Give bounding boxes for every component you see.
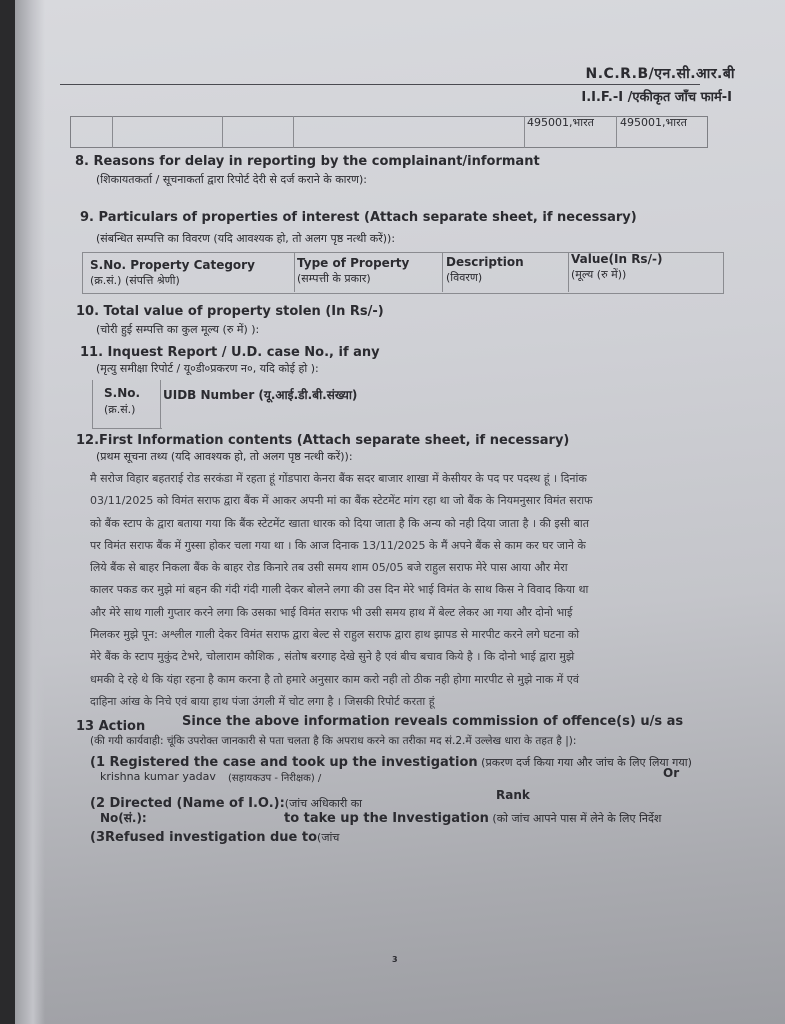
cell-divider: [293, 116, 294, 148]
action-option-1: (1 Registered the case and took up the i…: [90, 751, 692, 770]
officer-rank: (सहायकउप - निरीक्षक) /: [228, 770, 321, 784]
io-number-label: No(सं.):: [100, 809, 147, 826]
uidb-col-divider: [160, 380, 161, 428]
first-information-text: मै सरोज विहार बहतराई रोड सरकंडा में रहता…: [90, 468, 730, 713]
fir-line: 03/11/2025 को विमंत सराफ द्वारा बैंक में…: [90, 490, 730, 512]
section-13-title: Since the above information reveals comm…: [182, 714, 683, 729]
th-value-hi: (मूल्य (रु में)): [571, 267, 626, 282]
th-property-category: S.No. Property Category: [90, 258, 255, 272]
option-3-en: (3Refused investigation due to: [90, 830, 317, 845]
org-title: N.C.R.B/एन.सी.आर.बी: [586, 64, 735, 83]
fir-line: मिलकर मुझे पून: अश्लील गाली देकर विमंत स…: [90, 624, 730, 646]
page-number: 3: [392, 955, 398, 964]
option-2-tail-en: to take up the Investigation: [284, 811, 489, 826]
th-description: Description: [446, 255, 524, 269]
fir-line: को बैंक स्टाप के द्वारा बताया गया कि बैं…: [90, 513, 730, 535]
address-cell-2: 495001,भारत: [620, 115, 687, 130]
option-2-tail-hi: (को जांच आपने पास में लेने के लिए निर्दे…: [489, 812, 661, 825]
page-fold-shadow: [15, 0, 45, 1024]
section-10-subtitle: (चोरी हुई सम्पत्ति का कुल मूल्य (रु में)…: [96, 322, 259, 337]
fir-line: दाहिना आंख के निचे एवं बाया हाथ पंजा उंग…: [90, 691, 730, 713]
section-8-subtitle: (शिकायतकर्ता / सूचनाकर्ता द्वारा रिपोर्ट…: [96, 172, 367, 187]
or-label: Or: [663, 766, 679, 780]
col-divider: [294, 252, 295, 292]
fir-line: और मेरे साथ गाली गुप्तार करने लगा कि उसक…: [90, 602, 730, 624]
uidb-table-left: [92, 380, 93, 428]
fir-line: मै सरोज विहार बहतराई रोड सरकंडा में रहता…: [90, 468, 730, 490]
section-11-subtitle: (मृत्यु समीक्षा रिपोर्ट / यू०डी०प्रकरण न…: [96, 361, 319, 376]
section-9-subtitle: (संबन्धित सम्पत्ति का विवरण (यदि आवश्यक …: [96, 231, 395, 246]
th-property-category-hi: (क्र.सं.) (संपत्ति श्रेणी): [90, 273, 180, 288]
fir-line: मेरे बैंक के स्टाप मुकुंद टेभरे, चोलाराम…: [90, 646, 730, 668]
uidb-table-bottom: [92, 428, 162, 429]
th-uidb-number: UIDB Number (यू.आई.डी.बी.संख्या): [163, 386, 357, 403]
cell-divider: [112, 116, 113, 148]
section-12-subtitle: (प्रथम सूचना तथ्य (यदि आवश्यक हो, तो अलग…: [96, 449, 353, 464]
th-type-of-property-hi: (सम्पत्ती के प्रकार): [297, 271, 371, 286]
address-cell-1: 495001,भारत: [527, 115, 594, 130]
th-type-of-property: Type of Property: [297, 256, 409, 270]
option-3-hi: (जांच: [317, 831, 339, 844]
rank-label: Rank: [496, 788, 530, 802]
fir-line: लिये बैंक से बाहर निकला बैंक के बाहर रोड…: [90, 557, 730, 579]
col-divider: [568, 252, 569, 292]
section-13-subtitle: (की गयी कार्यवाही: चूंकि उपरोक्त जानकारी…: [90, 734, 576, 748]
section-10-title: 10. Total value of property stolen (In R…: [76, 304, 384, 319]
cell-divider: [524, 116, 525, 148]
th-sno: S.No.: [104, 386, 140, 400]
header-rule: [60, 84, 700, 85]
option-1-hi: (प्रकरण दर्ज किया गया और जांच के लिए लिय…: [478, 756, 692, 769]
col-divider: [442, 252, 443, 292]
address-table: [70, 116, 708, 148]
th-description-hi: (विवरण): [446, 270, 482, 285]
fir-line: कालर पकड कर मुझे मां बहन की गंदी गंदी गा…: [90, 579, 730, 601]
section-8-title: 8. Reasons for delay in reporting by the…: [75, 154, 540, 169]
th-sno-hi: (क्र.सं.): [104, 402, 135, 417]
fir-line: पर विमंत सराफ बैंक में गुस्सा होकर चला ग…: [90, 535, 730, 557]
section-11-title: 11. Inquest Report / U.D. case No., if a…: [80, 345, 380, 360]
form-title: I.I.F.-I /एकीकृत जाँच फार्म-I: [581, 87, 732, 105]
cell-divider: [616, 116, 617, 148]
option-2-tail: to take up the Investigation (को जांच आप…: [284, 807, 661, 826]
section-9-title: 9. Particulars of properties of interest…: [80, 210, 637, 225]
th-value: Value(In Rs/-): [571, 252, 662, 266]
cell-divider: [222, 116, 223, 148]
fir-line: धमकी दे रहे थे कि यंहा रहना है काम करना …: [90, 669, 730, 691]
action-option-3: (3Refused investigation due to(जांच: [90, 826, 339, 845]
section-12-title: 12.First Information contents (Attach se…: [76, 433, 569, 448]
option-1-en: (1 Registered the case and took up the i…: [90, 755, 478, 770]
officer-name: krishna kumar yadav: [100, 770, 216, 783]
section-13-label: 13 Action: [76, 719, 145, 734]
